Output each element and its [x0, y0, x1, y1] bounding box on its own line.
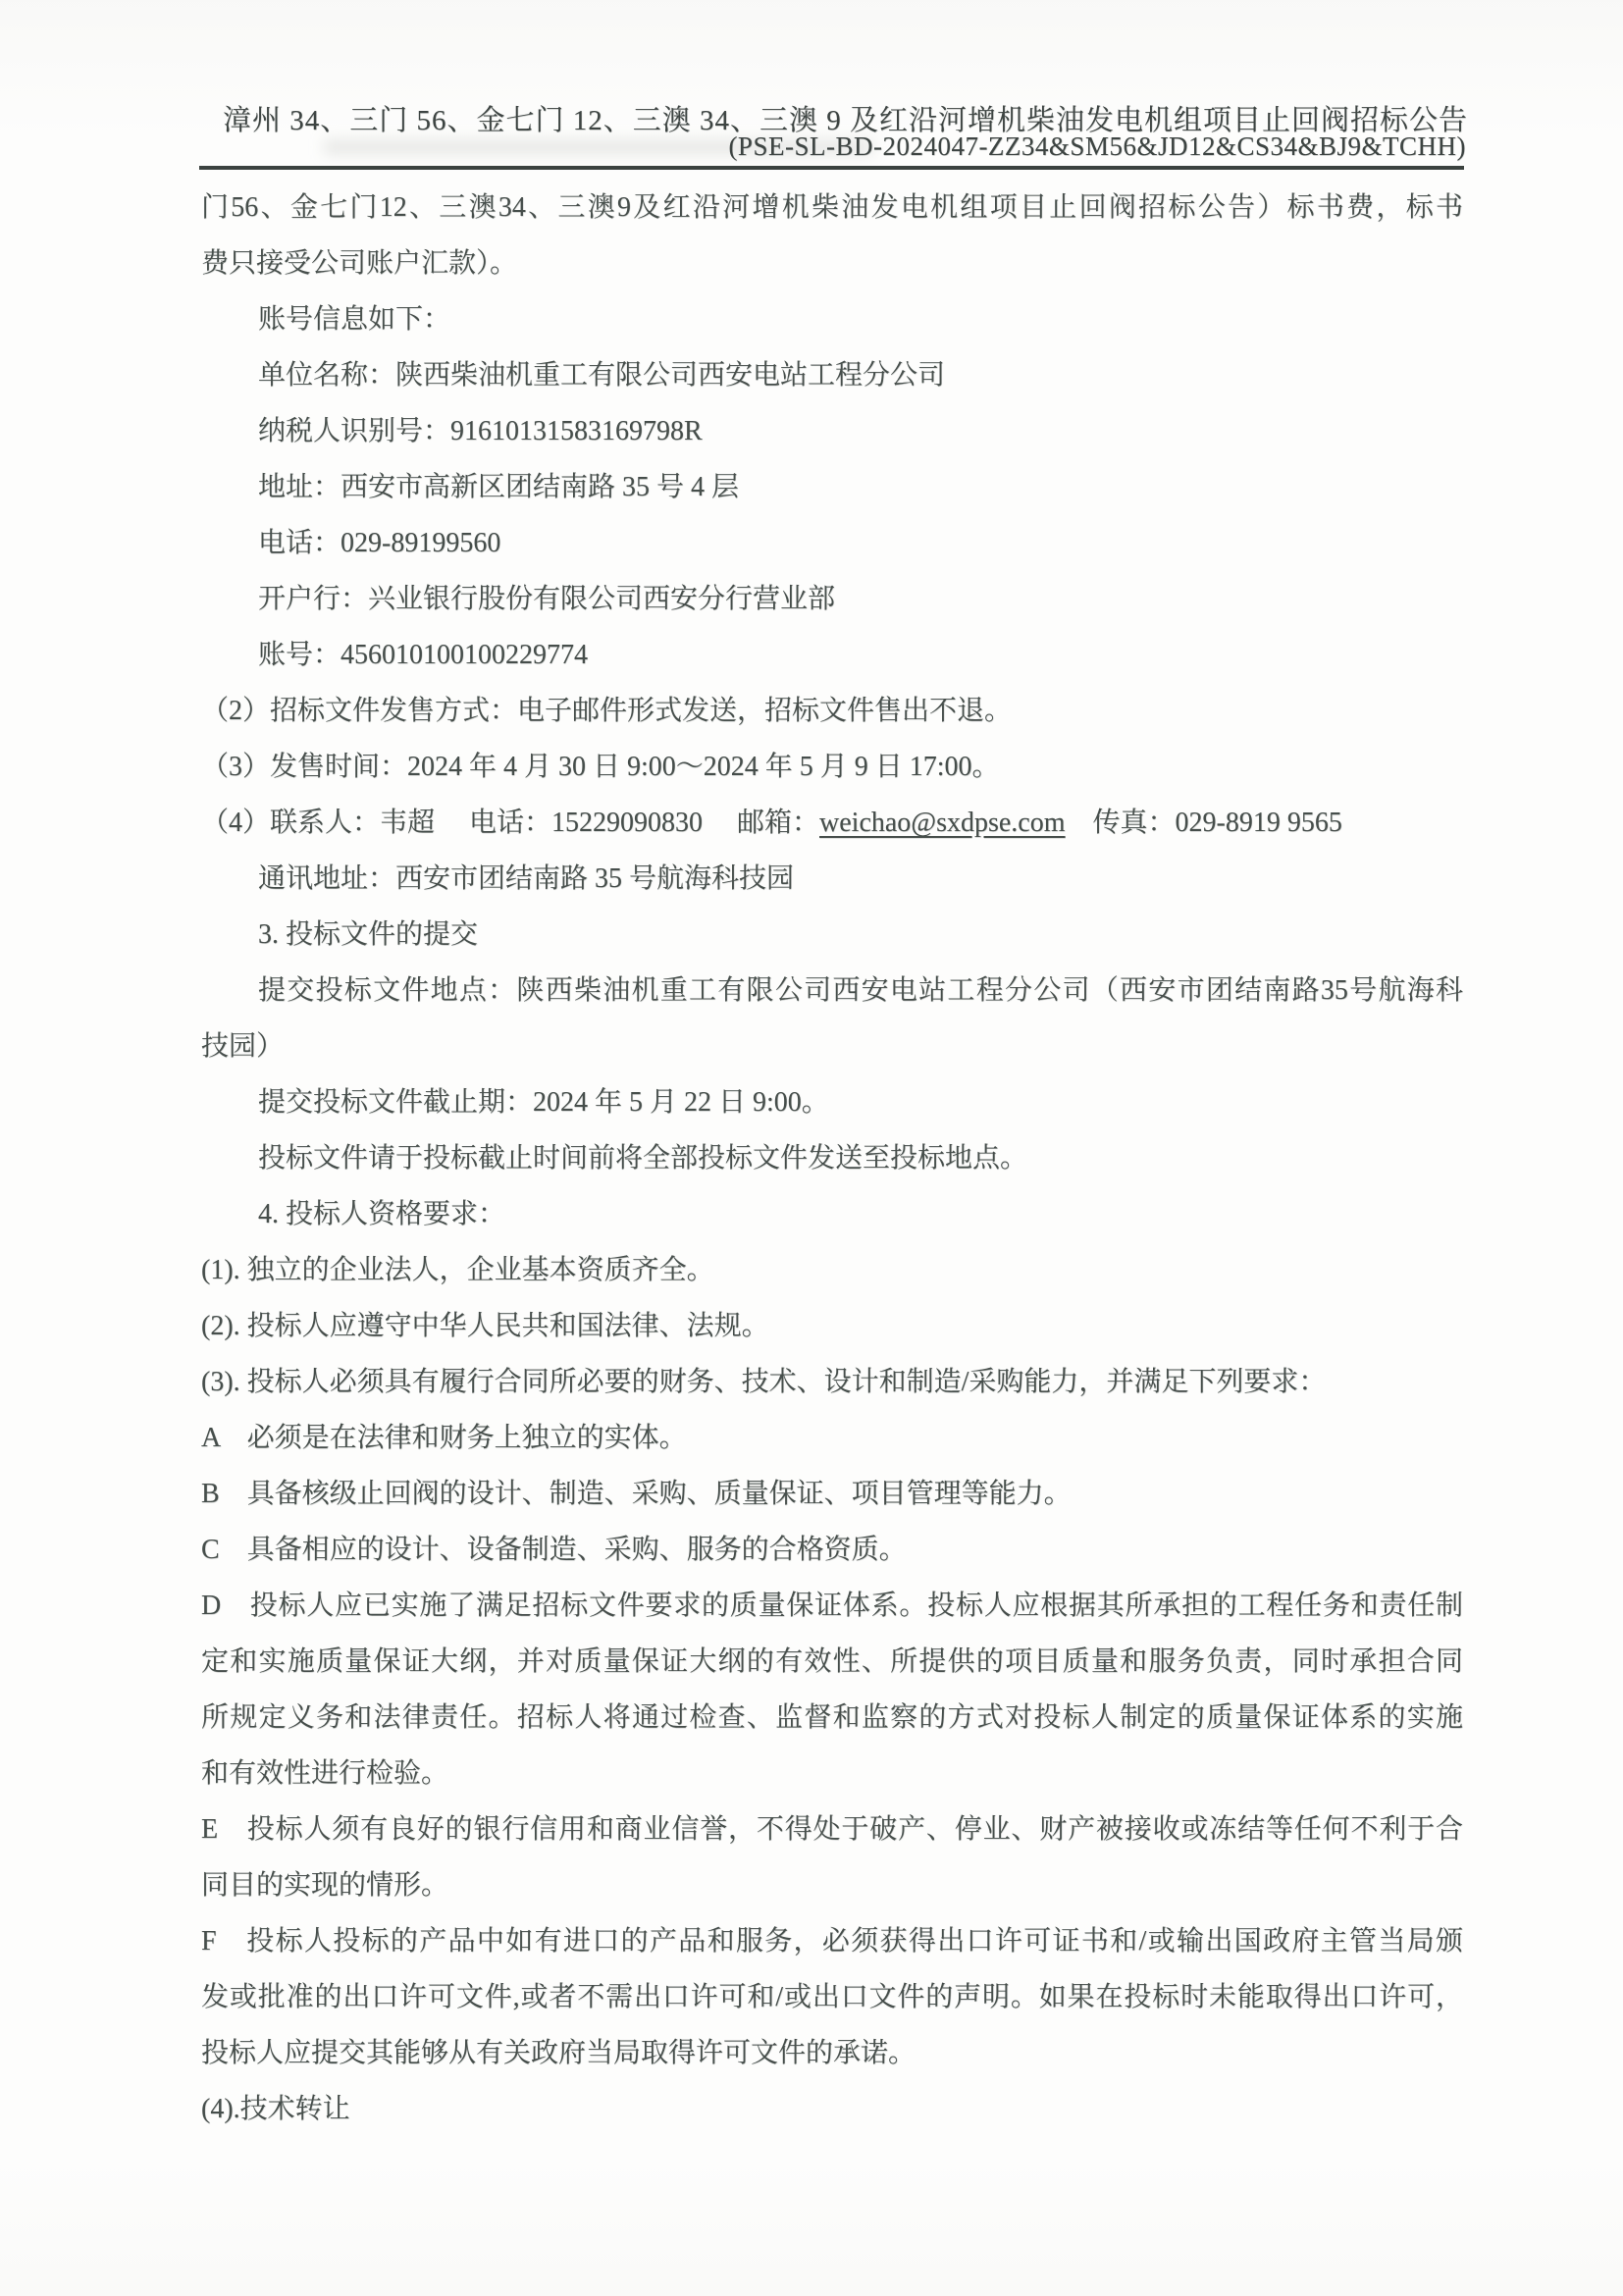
- company-address-line: 地址：西安市高新区团结南路 35 号 4 层: [201, 459, 1463, 515]
- submission-note-line: 投标文件请于投标截止时间前将全部投标文件发送至投标地点。: [201, 1130, 1463, 1186]
- qualification-b-line: B 具备核级止回阀的设计、制造、采购、质量保证、项目管理等能力。: [201, 1466, 1463, 1522]
- header-divider-rule: [199, 166, 1464, 170]
- section-3-heading: 3. 投标文件的提交: [201, 907, 1463, 963]
- company-name-line: 单位名称：陕西柴油机重工有限公司西安电站工程分公司: [201, 347, 1463, 403]
- item-3-sale-time-line: （3）发售时间：2024 年 4 月 30 日 9:00～2024 年 5 月 …: [201, 739, 1463, 795]
- company-phone-line: 电话：029-89199560: [201, 515, 1463, 571]
- qualification-f-cont-line-2: 投标人应提交其能够从有关政府当局取得许可文件的承诺。: [201, 2025, 1463, 2081]
- contact-fax: 传真：029-8919 9565: [1066, 808, 1342, 838]
- scanned-tender-document-page: { "page": { "background": "#fdfdfc", "te…: [0, 0, 1623, 2296]
- qualification-f-cont-line-1: 发或批准的出口许可文件,或者不需出口许可和/或出口文件的声明。如果在投标时未能取…: [201, 1969, 1463, 2025]
- qualification-e-line: E 投标人须有良好的银行信用和商业信誉，不得处于破产、停业、财产被接收或冻结等任…: [201, 1801, 1463, 1857]
- bank-name-line: 开户行：兴业银行股份有限公司西安分行营业部: [201, 571, 1463, 627]
- document-body: 门56、金七门12、三澳34、三澳9及红沿河增机柴油发电机组项目止回阀招标公告）…: [201, 180, 1463, 2137]
- qualification-3-line: (3). 投标人必须具有履行合同所必要的财务、技术、设计和制造/采购能力，并满足…: [201, 1354, 1463, 1410]
- title-wrap-line: 门56、金七门12、三澳34、三澳9及红沿河增机柴油发电机组项目止回阀招标公告）…: [201, 180, 1463, 235]
- tech-transfer-heading: (4).技术转让: [201, 2081, 1463, 2137]
- qualification-e-cont-line: 同目的实现的情形。: [201, 1857, 1463, 1913]
- account-info-heading: 账号信息如下：: [201, 291, 1463, 347]
- qualification-f-line: F 投标人投标的产品中如有进口的产品和服务，必须获得出口许可证书和/或输出国政府…: [201, 1913, 1463, 1969]
- section-4-heading: 4. 投标人资格要求：: [201, 1186, 1463, 1242]
- qualification-c-line: C 具备相应的设计、设备制造、采购、服务的合格资质。: [201, 1522, 1463, 1578]
- qualification-2-line: (2). 投标人应遵守中华人民共和国法律、法规。: [201, 1298, 1463, 1354]
- title-wrap-line-2: 费只接受公司账户汇款）。: [201, 235, 1463, 291]
- qualification-d-cont-line-3: 和有效性进行检验。: [201, 1746, 1463, 1801]
- submission-deadline-line: 提交投标文件截止期：2024 年 5 月 22 日 9:00。: [201, 1074, 1463, 1130]
- qualification-d-cont-line-2: 所规定义务和法律责任。招标人将通过检查、监督和监察的方式对投标人制定的质量保证体…: [201, 1690, 1463, 1746]
- qualification-1-line: (1). 独立的企业法人，企业基本资质齐全。: [201, 1242, 1463, 1298]
- contact-email: weichao@sxdpse.com: [819, 808, 1066, 838]
- qualification-a-line: A 必须是在法律和财务上独立的实体。: [201, 1410, 1463, 1466]
- bank-account-line: 账号：456010100100229774: [201, 627, 1463, 683]
- qualification-d-line: D 投标人应已实施了满足招标文件要求的质量保证体系。投标人应根据其所承担的工程任…: [201, 1578, 1463, 1634]
- mailing-address-line: 通讯地址：西安市团结南路 35 号航海科技园: [201, 851, 1463, 907]
- item-2-doc-delivery-line: （2）招标文件发售方式：电子邮件形式发送，招标文件售出不退。: [201, 683, 1463, 739]
- submission-place-cont-line: 技园）: [201, 1018, 1463, 1074]
- tax-id-line: 纳税人识别号：91610131583169798R: [201, 403, 1463, 459]
- item-4-contact-line: （4）联系人：韦超 电话：15229090830 邮箱：weichao@sxdp…: [201, 795, 1463, 851]
- contact-prefix: （4）联系人：韦超 电话：15229090830 邮箱：: [201, 808, 819, 838]
- qualification-d-cont-line-1: 定和实施质量保证大纲，并对质量保证大纲的有效性、所提供的项目质量和服务负责，同时…: [201, 1634, 1463, 1690]
- document-reference-code: (PSE-SL-BD-2024047-ZZ34&SM56&JD12&CS34&B…: [728, 131, 1466, 162]
- submission-place-line: 提交投标文件地点：陕西柴油机重工有限公司西安电站工程分公司（西安市团结南路35号…: [201, 963, 1463, 1018]
